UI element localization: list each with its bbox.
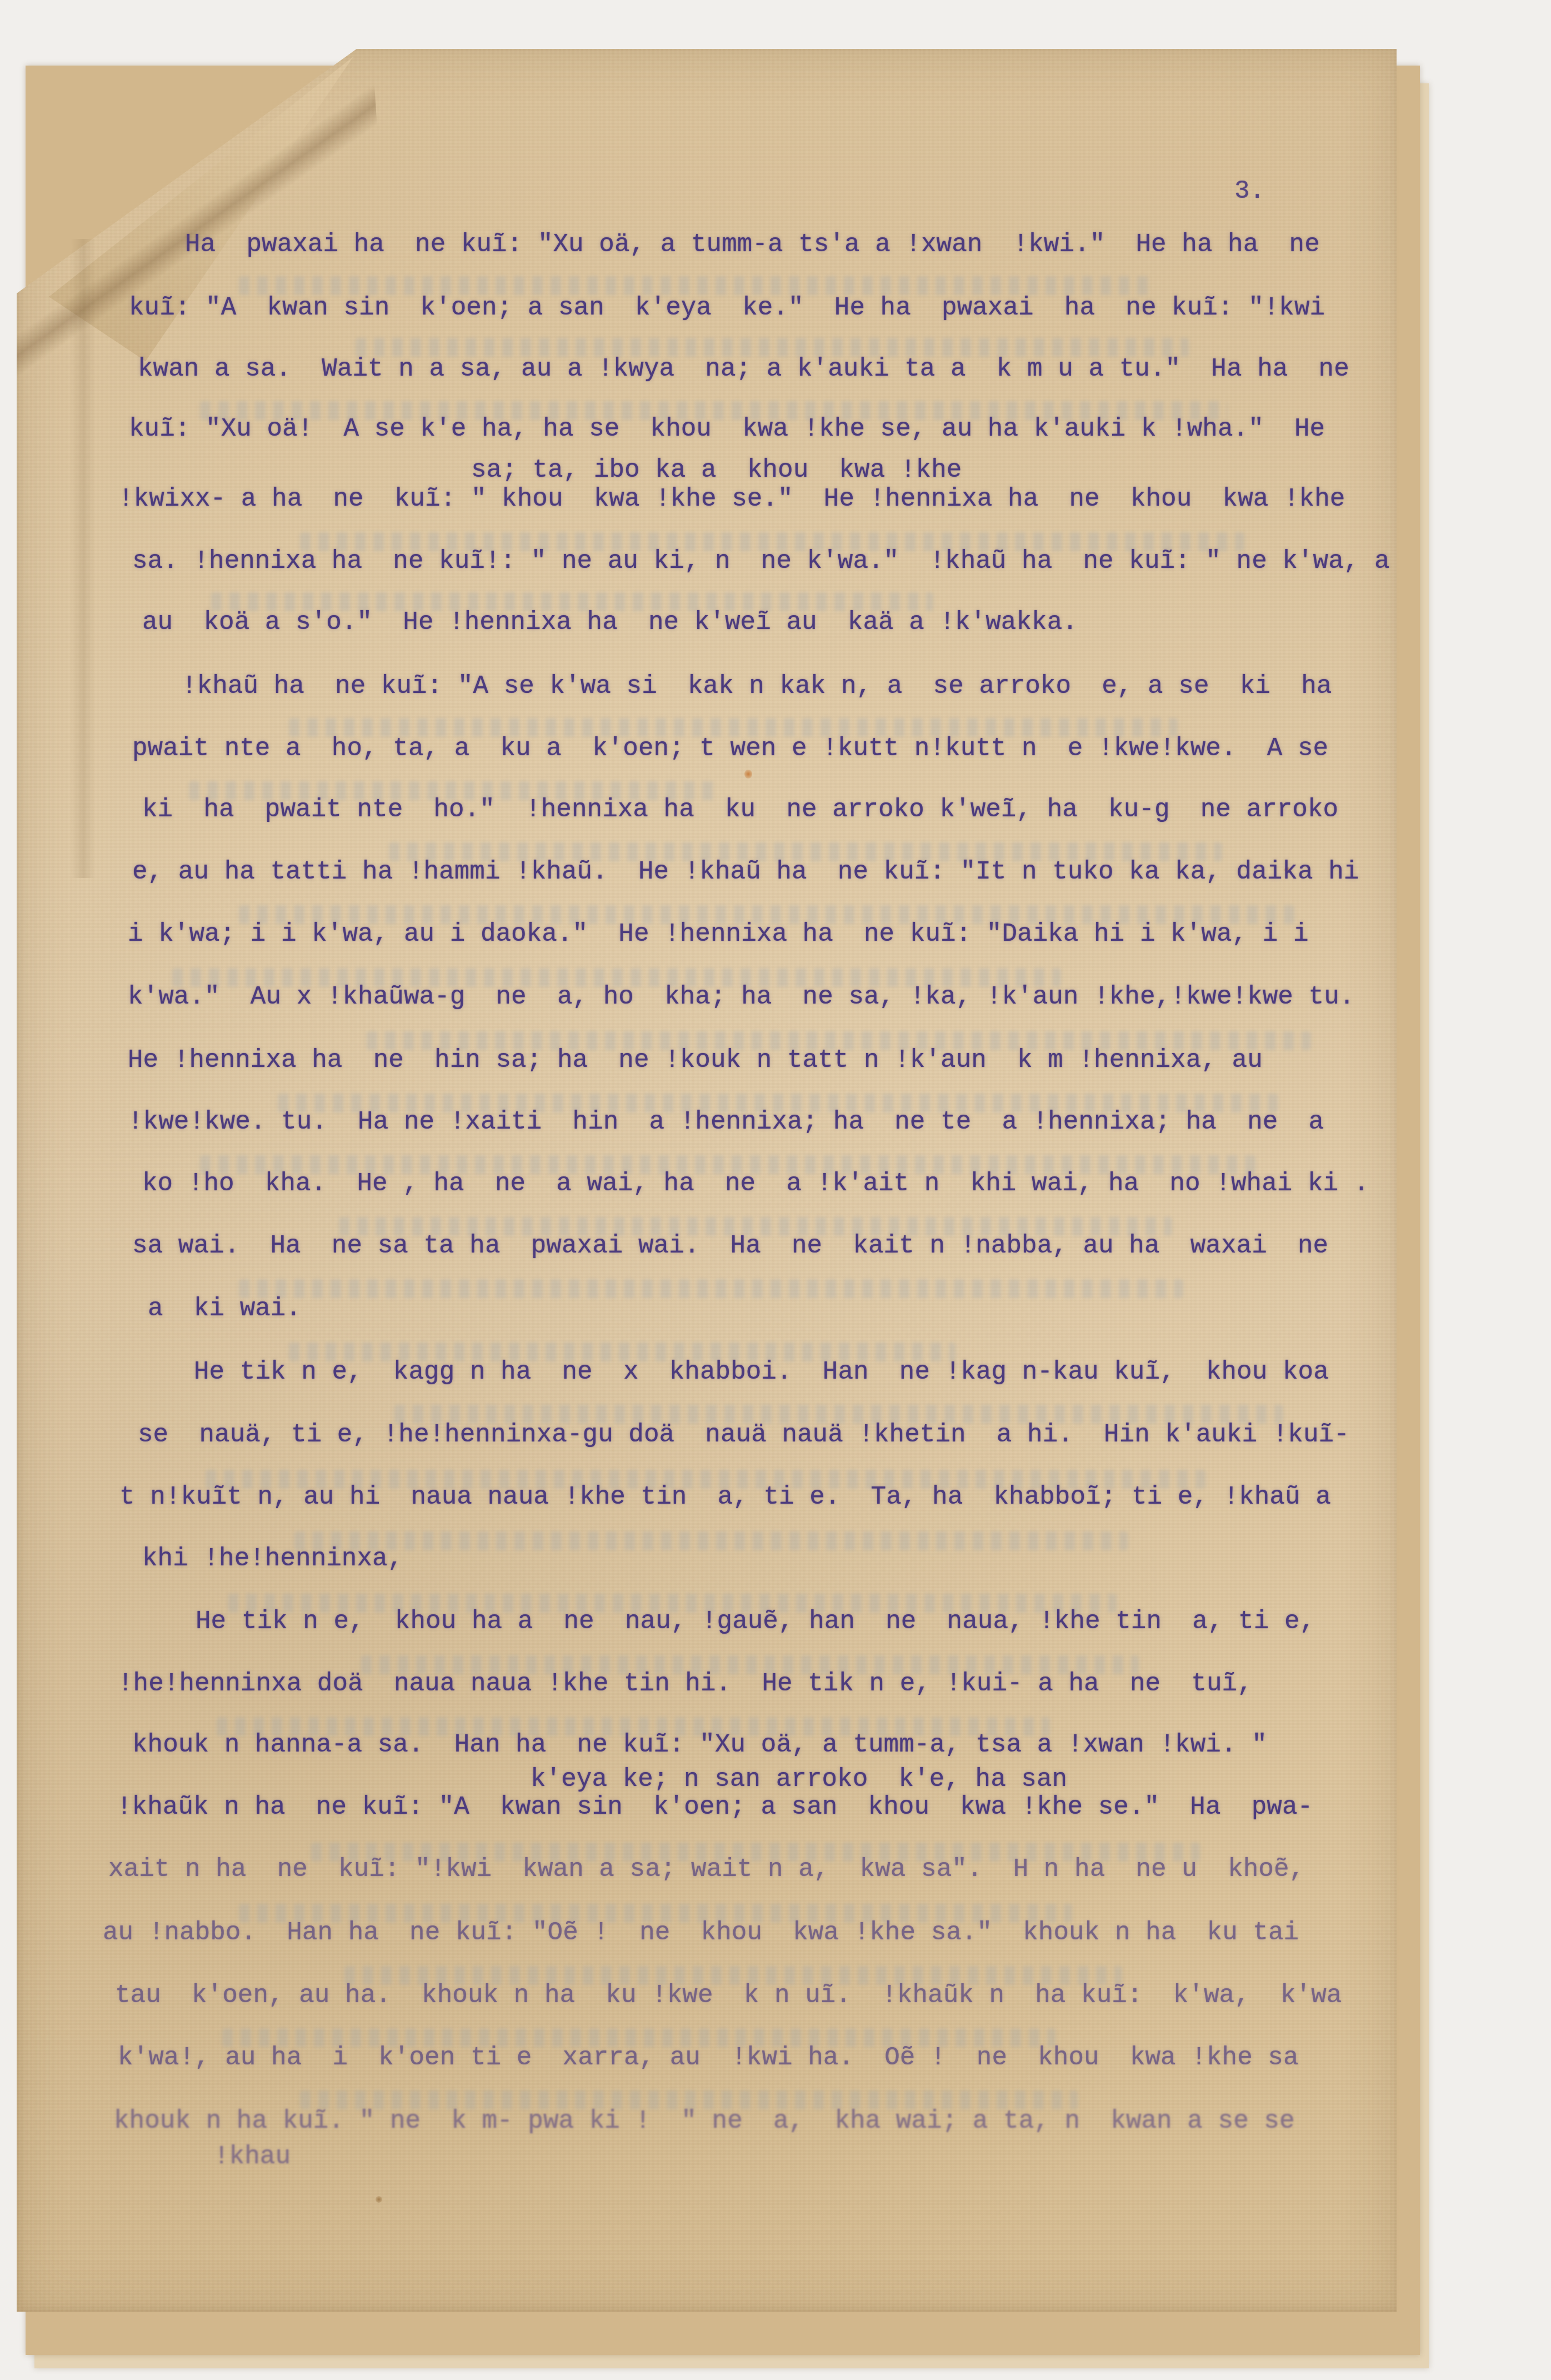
typed-line: pwait nte a ho, ta, a ku a k'oen; t wen … (132, 732, 1328, 765)
interline-insertion-line: sa; ta, ibo ka a khou kwa !khe (471, 453, 962, 487)
typed-line: He !hennixa ha ne hin sa; ha ne !kouk n … (128, 1044, 1263, 1077)
typed-line: !kwe!kwe. tu. Ha ne !xaiti hin a !hennix… (128, 1105, 1324, 1139)
typed-line: !he!henninxa doä naua naua !khe tin hi. … (118, 1667, 1253, 1700)
typed-line: ko !ho kha. He , ha ne a wai, ha ne a !k… (142, 1167, 1369, 1200)
typed-line: au koä a s'o." He !hennixa ha ne k'weĩ a… (142, 606, 1078, 639)
typed-line: !kwixx- a ha ne kuĩ: " khou kwa !khe se.… (118, 482, 1345, 516)
typed-line: sa wai. Ha ne sa ta ha pwaxai wai. Ha ne… (132, 1229, 1328, 1263)
typed-line: kuĩ: "A kwan sin k'oen; a san k'eya ke."… (129, 291, 1325, 325)
typed-line: sa. !hennixa ha ne kuĩ!: " ne au ki, n n… (132, 545, 1390, 578)
ghost-text-line (294, 1531, 1128, 1550)
typed-line: !khaũ ha ne kuĩ: "A se k'wa si kak n kak… (182, 670, 1332, 703)
typed-line: t n!kuĩt n, au hi naua naua !khe tin a, … (119, 1480, 1331, 1514)
typed-line: xait n ha ne kuĩ: "!kwi kwan a sa; wait … (108, 1853, 1304, 1886)
typed-line: au !nabbo. Han ha ne kuĩ: "Oẽ ! ne khou … (103, 1916, 1299, 1949)
ghost-text-line (239, 1279, 1183, 1298)
vertical-crease (71, 239, 96, 878)
typed-line: Ha pwaxai ha ne kuĩ: "Xu oä, a tumm-a ts… (185, 228, 1320, 261)
typed-line: !khaũk n ha ne kuĩ: "A kwan sin k'oen; a… (117, 1790, 1313, 1824)
typed-line: e, au ha tatti ha !hammi !khaũ. He !khaũ… (132, 855, 1359, 889)
typed-line: khouk n hanna-a sa. Han ha ne kuĩ: "Xu o… (132, 1728, 1267, 1762)
page-number: 3. (1234, 177, 1265, 206)
typed-line: kwan a sa. Wait n a sa, au a !kwya na; a… (138, 352, 1349, 386)
typed-line: se nauä, ti e, !he!henninxa-gu doä nauä … (138, 1418, 1349, 1451)
typed-line: khouk n ha kuĩ. " ne k m- pwa ki ! " ne … (114, 2104, 1295, 2138)
typed-line: k'wa!, au ha i k'oen ti e xarra, au !kwi… (118, 2041, 1299, 2074)
typed-line: He tik n e, khou ha a ne nau, !gauẽ, han… (196, 1605, 1315, 1638)
typed-line: !khau (214, 2140, 291, 2173)
typed-line: i k'wa; i i k'wa, au i daoka." He !henni… (128, 917, 1309, 951)
typed-line: tau k'oen, au ha. khouk n ha ku !kwe k n… (115, 1979, 1342, 2012)
typed-line: ki ha pwait nte ho." !hennixa ha ku ne a… (142, 793, 1338, 826)
typed-line: khi !he!henninxa, (142, 1542, 403, 1575)
typed-line: He tik n e, kagg n ha ne x khabboi. Han … (194, 1355, 1329, 1389)
typed-line: a ki wai. (148, 1292, 301, 1325)
scanned-document-page: 3. Ha pwaxai ha ne kuĩ: "Xu oä, a tumm-a… (0, 0, 1551, 2380)
typed-line: k'wa." Au x !khaũwa-g ne a, ho kha; ha n… (128, 980, 1354, 1014)
typed-line: kuĩ: "Xu oä! A se k'e ha, ha se khou kwa… (129, 412, 1325, 446)
